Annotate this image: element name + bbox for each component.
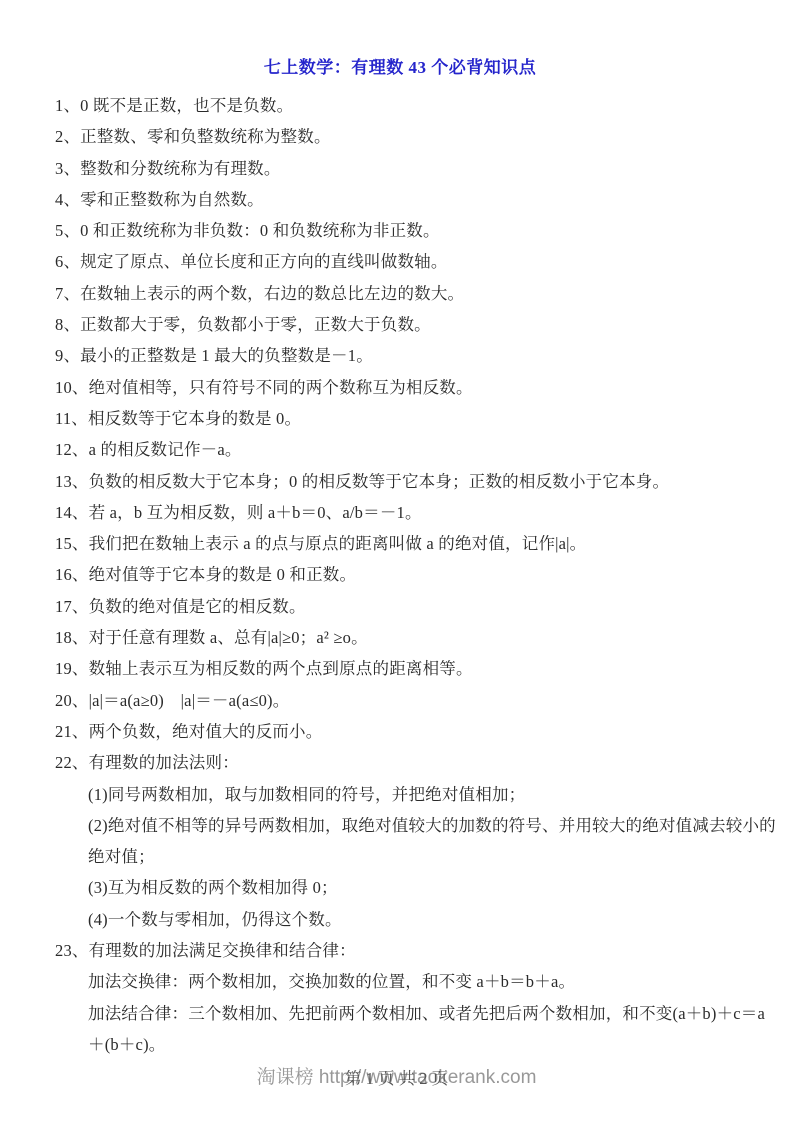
document-page: 七上数学：有理数 43 个必背知识点 1、0 既不是正数，也不是负数。2、正整数… [0, 0, 793, 1122]
text-line: 2、正整数、零和负整数统称为整数。 [55, 121, 745, 152]
document-content: 七上数学：有理数 43 个必背知识点 1、0 既不是正数，也不是负数。2、正整数… [55, 56, 745, 1060]
text-line: 23、有理数的加法满足交换律和结合律： [55, 935, 745, 966]
text-line: (3)互为相反数的两个数相加得 0； [55, 872, 745, 903]
text-line: 14、若 a，b 互为相反数，则 a＋b＝0、a/b＝－1。 [55, 497, 745, 528]
page-footer: 淘课榜 http://www.taokerank.com 第 1 页 共 2 页 [0, 1060, 793, 1090]
content-lines: 1、0 既不是正数，也不是负数。2、正整数、零和负整数统称为整数。3、整数和分数… [55, 90, 745, 1060]
text-line: 17、负数的绝对值是它的相反数。 [55, 591, 745, 622]
text-line: 绝对值； [55, 841, 745, 872]
text-line: 4、零和正整数称为自然数。 [55, 184, 745, 215]
text-line: 15、我们把在数轴上表示 a 的点与原点的距离叫做 a 的绝对值，记作|a|。 [55, 528, 745, 559]
text-line: 6、规定了原点、单位长度和正方向的直线叫做数轴。 [55, 246, 745, 277]
text-line: 12、a 的相反数记作－a。 [55, 434, 745, 465]
text-line: (2)绝对值不相等的异号两数相加，取绝对值较大的加数的符号、并用较大的绝对值减去… [55, 810, 745, 841]
text-line: 加法交换律：两个数相加，交换加数的位置，和不变 a＋b＝b＋a。 [55, 966, 745, 997]
text-line: 13、负数的相反数大于它本身；0 的相反数等于它本身；正数的相反数小于它本身。 [55, 466, 745, 497]
text-line: 8、正数都大于零，负数都小于零，正数大于负数。 [55, 309, 745, 340]
text-line: 5、0 和正数统称为非负数：0 和负数统称为非正数。 [55, 215, 745, 246]
text-line: 7、在数轴上表示的两个数，右边的数总比左边的数大。 [55, 278, 745, 309]
text-line: (1)同号两数相加，取与加数相同的符号，并把绝对值相加； [55, 779, 745, 810]
text-line: 加法结合律：三个数相加、先把前两个数相加、或者先把后两个数相加，和不变(a＋b)… [55, 998, 745, 1029]
document-title: 七上数学：有理数 43 个必背知识点 [55, 56, 745, 80]
text-line: 20、|a|＝a(a≥0) |a|＝－a(a≤0)。 [55, 685, 745, 716]
text-line: 16、绝对值等于它本身的数是 0 和正数。 [55, 559, 745, 590]
text-line: ＋(b＋c)。 [55, 1029, 745, 1060]
text-line: 21、两个负数，绝对值大的反而小。 [55, 716, 745, 747]
text-line: 3、整数和分数统称为有理数。 [55, 153, 745, 184]
text-line: 10、绝对值相等，只有符号不同的两个数称互为相反数。 [55, 372, 745, 403]
text-line: 11、相反数等于它本身的数是 0。 [55, 403, 745, 434]
text-line: (4)一个数与零相加，仍得这个数。 [55, 904, 745, 935]
page-number: 第 1 页 共 2 页 [0, 1065, 793, 1089]
text-line: 19、数轴上表示互为相反数的两个点到原点的距离相等。 [55, 653, 745, 684]
text-line: 1、0 既不是正数，也不是负数。 [55, 90, 745, 121]
text-line: 18、对于任意有理数 a、总有|a|≥0；a² ≥o。 [55, 622, 745, 653]
text-line: 9、最小的正整数是 1 最大的负整数是－1。 [55, 340, 745, 371]
text-line: 22、有理数的加法法则： [55, 747, 745, 778]
